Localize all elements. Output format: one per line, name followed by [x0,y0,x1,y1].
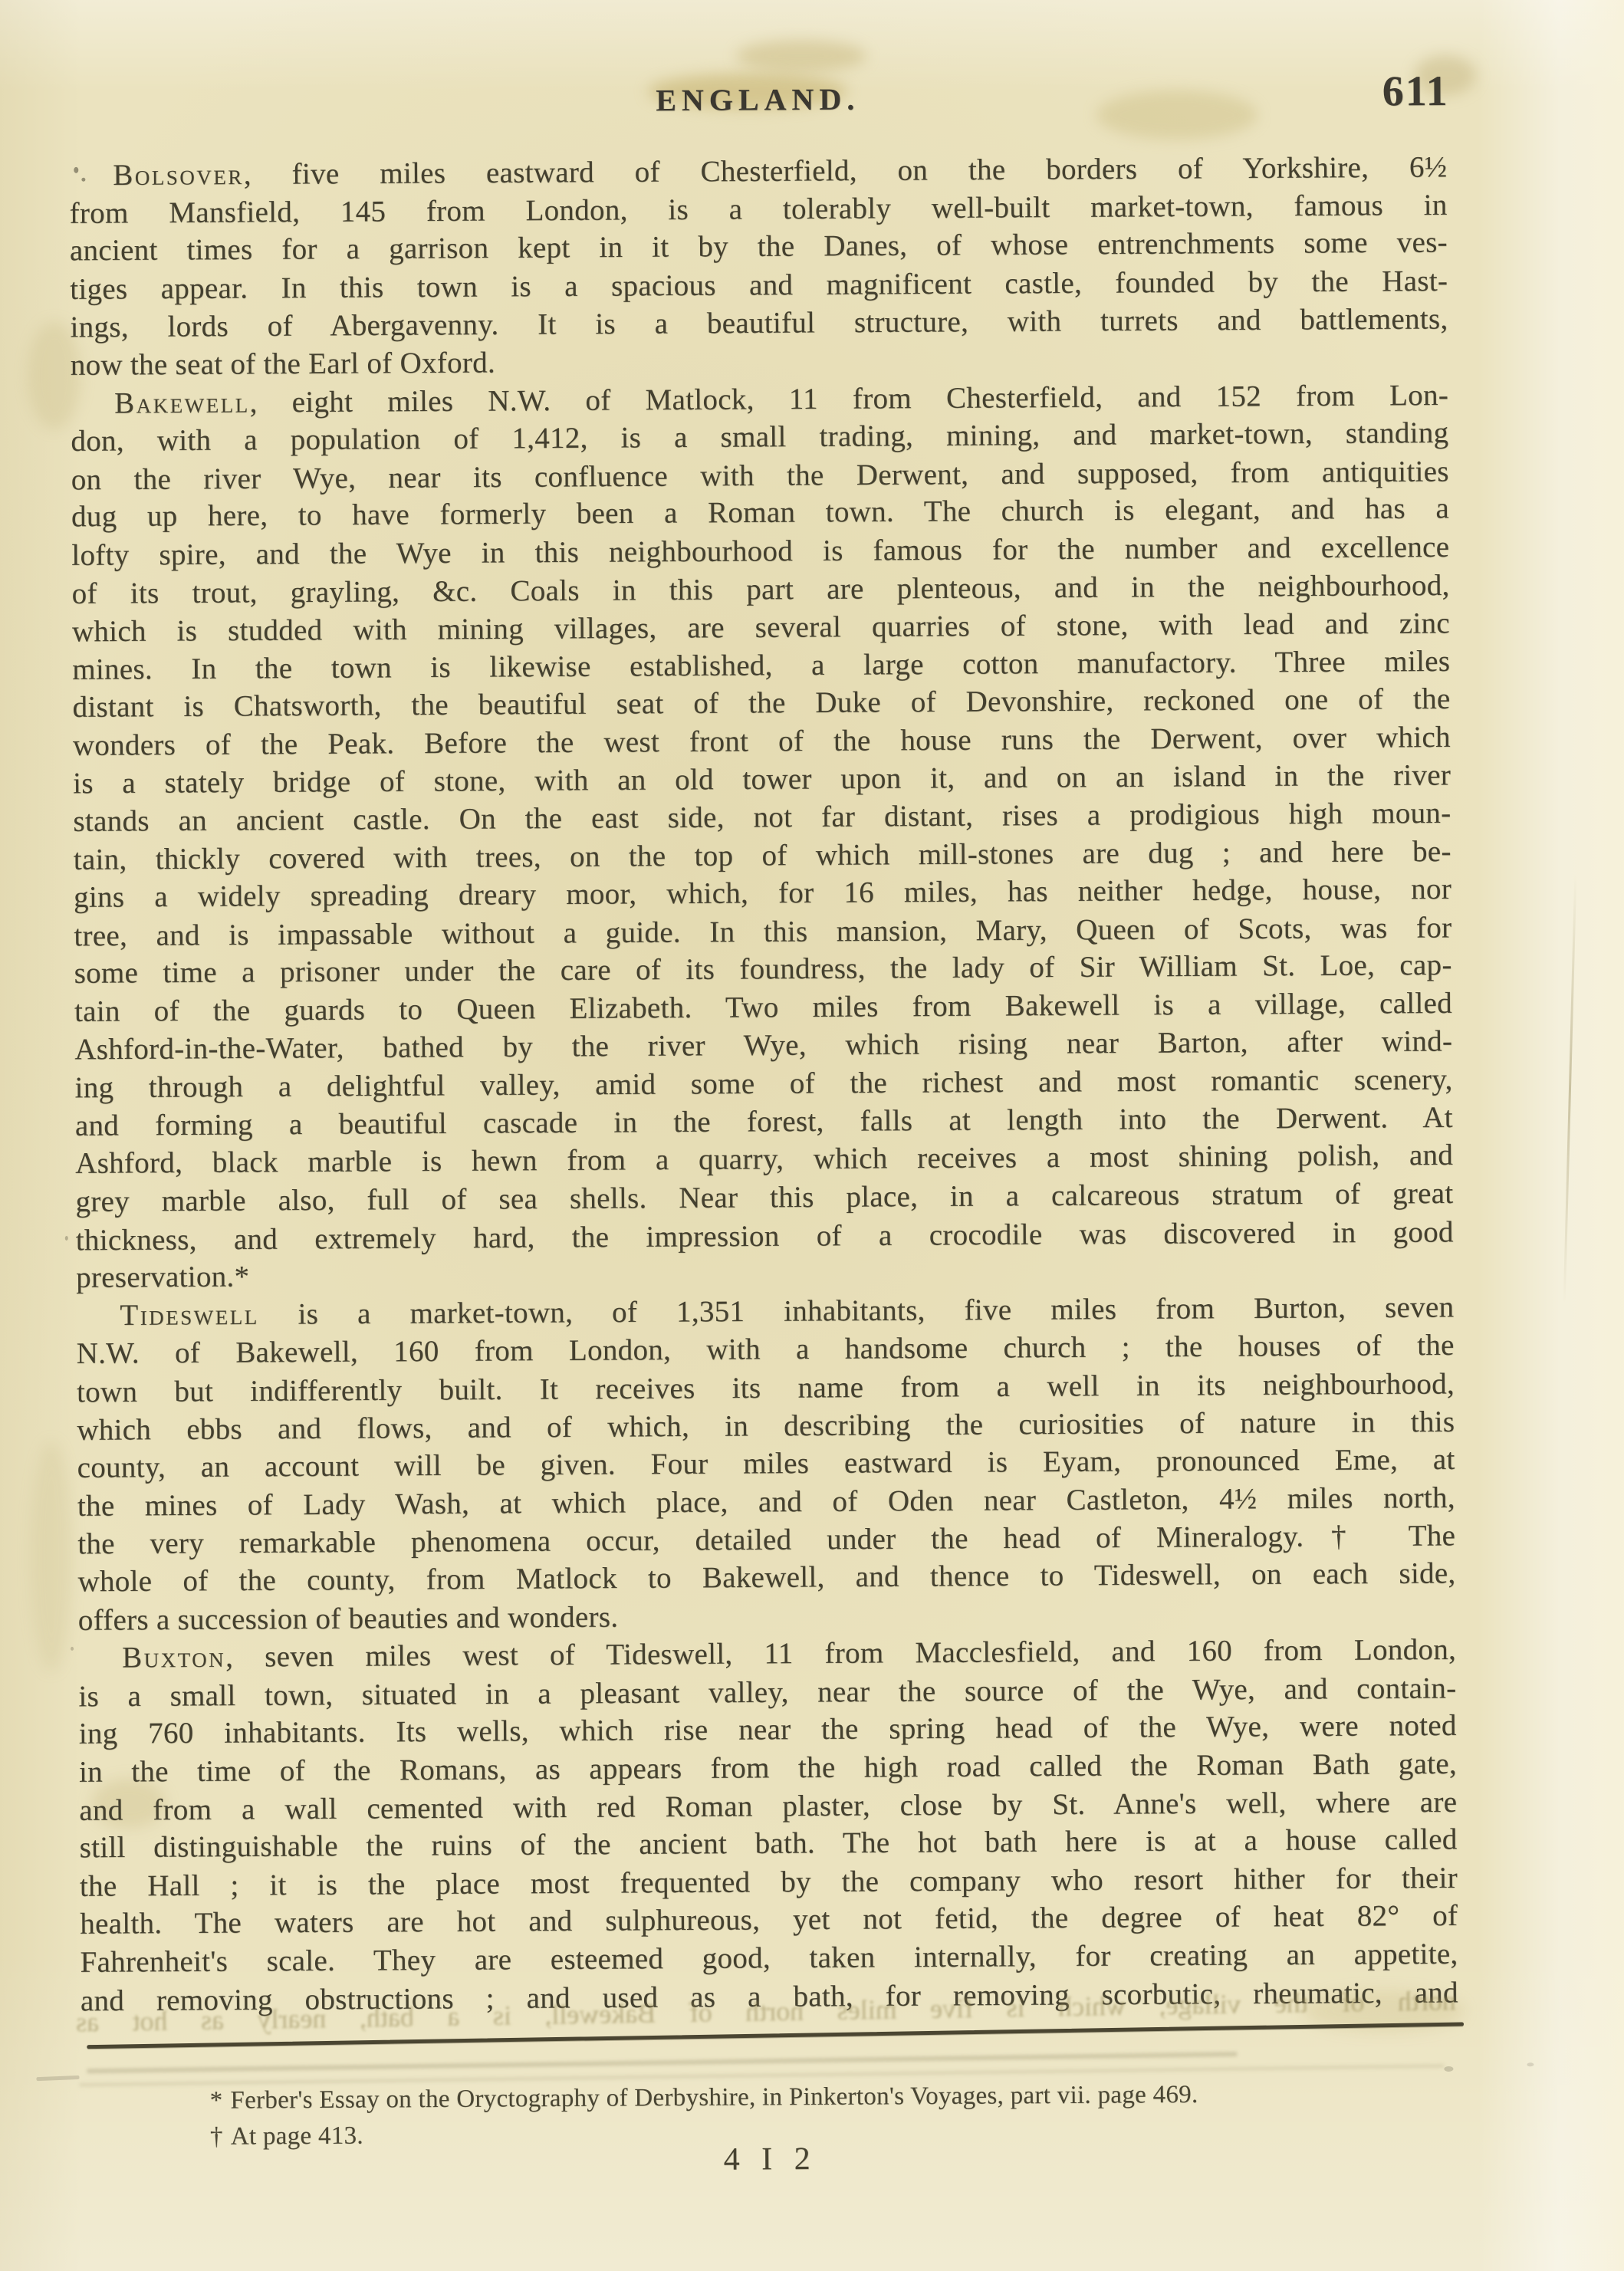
line-text: and forming a beautiful cascade in the f… [75,1101,1453,1142]
line-text: the Hall ; it is the place most frequent… [80,1862,1458,1903]
line-text: thickness, and extremely hard, the impre… [76,1215,1454,1257]
line-text: which ebbs and flows, and of which, in d… [77,1405,1455,1446]
line-text: the very remarkable phenomena occur, det… [77,1520,1455,1561]
line-text: grey marble also, full of sea shells. Ne… [75,1177,1453,1218]
asterisk-marker: * [210,2083,223,2119]
line-text: N.W. of Bakewell, 160 from London, with … [77,1329,1455,1370]
ink-speck [1527,2062,1534,2066]
line-text: is a small town, situated in a pleasant … [78,1671,1456,1713]
line-text: dug up here, to have formerly been a Rom… [71,492,1449,534]
line-text: whole of the county, from Matlock to Bak… [77,1556,1455,1598]
line-text: ancient times for a garrison kept in it … [70,226,1448,268]
line-text: tiges appear. In this town is a spacious… [70,265,1448,306]
line-text: distant is Chatsworth, the beautiful sea… [72,682,1450,724]
line-text: and from a wall cemented with red Roman … [79,1785,1457,1826]
line-text: in the time of the Romans, as appears fr… [79,1747,1457,1789]
line-text: the mines of Lady Wash, at which place, … [77,1481,1455,1523]
line-text: now the seat of the Earl of Oxford. [71,346,495,381]
line-text: still distinguishable the ruins of the a… [80,1823,1458,1865]
line-text: don, with a population of 1,412, is a sm… [71,416,1448,458]
line-text: stands an ancient castle. On the east si… [73,797,1451,838]
page-content: ENGLAND. 611 Bolsover, five miles eastwa… [0,0,1624,2271]
line-text: lofty spire, and the Wye in this neighbo… [71,531,1449,572]
line-text: is a stately bridge of stone, with an ol… [73,758,1451,800]
line-text: of its trout, grayling, &c. Coals in thi… [72,568,1450,610]
line-text: Fahrenheit's scale. They are esteemed go… [80,1937,1458,1979]
line-text: , five miles eastward of Chesterfield, o… [244,150,1448,191]
line-text: tain of the guards to Queen Elizabeth. T… [74,987,1452,1028]
line-text: ing through a delightful valley, amid so… [74,1063,1452,1105]
line-text: ings, lords of Abergavenny. It is a beau… [70,303,1448,344]
ink-speck [71,1647,74,1651]
ink-speck [36,2075,79,2081]
line-text: is a market-town, of 1,351 inhabitants, … [259,1290,1455,1331]
body-text: Bolsover, five miles eastward of Chester… [69,148,1458,2020]
line-text: which is studded with mining villages, a… [72,607,1450,649]
line-text: Ashford-in-the-Water, bathed by the rive… [74,1024,1452,1066]
running-header: ENGLAND. [69,77,1447,122]
line-text: health. The waters are hot and sulphureo… [80,1899,1458,1941]
smallcaps-place-name: Bolsover [113,158,244,192]
line-text: , seven miles west of Tideswell, 11 from… [225,1633,1456,1674]
ink-speck [65,1236,68,1241]
line-text: county, an account will be given. Four m… [77,1443,1455,1484]
line-text: offers a succession of beauties and wond… [78,1600,619,1636]
smallcaps-place-name: Buxton [122,1641,225,1674]
ink-speck [1444,2066,1453,2072]
line-text: gins a widely spreading dreary moor, whi… [74,873,1451,914]
paper-background: ENGLAND. 611 Bolsover, five miles eastwa… [0,0,1624,2271]
line-text: , eight miles N.W. of Matlock, 11 from C… [249,378,1448,419]
line-text: ing 760 inhabitants. Its wells, which ri… [79,1709,1457,1750]
smallcaps-place-name: Tideswell [120,1298,259,1332]
smallcaps-place-name: Bakewell [114,386,250,419]
line-text: on the river Wye, near its confluence wi… [71,455,1449,496]
line-text: wonders of the Peak. Before the west fro… [73,721,1451,762]
scanned-book-page: { "page": { "header": { "title": "ENGLAN… [0,0,1624,2271]
line-text: Ashford, black marble is hewn from a qua… [75,1139,1453,1180]
page-number: 611 [1382,67,1449,117]
line-text: tain, thickly covered with trees, on the… [74,835,1451,876]
line-text: town but indifferently built. It receive… [77,1367,1455,1408]
footnote-text: Ferber's Essay on the Oryctography of De… [230,2081,1198,2115]
signature-mark: 4 I 2 [81,2137,1459,2182]
line-text: from Mansfield, 145 from London, is a to… [70,189,1448,230]
line-text: some time a prisoner under the care of i… [74,948,1452,990]
line-text: mines. In the town is likewise establish… [72,645,1450,686]
line-text: tree, and is impassable without a guide.… [74,911,1451,952]
line-text: preservation.* [76,1260,249,1294]
